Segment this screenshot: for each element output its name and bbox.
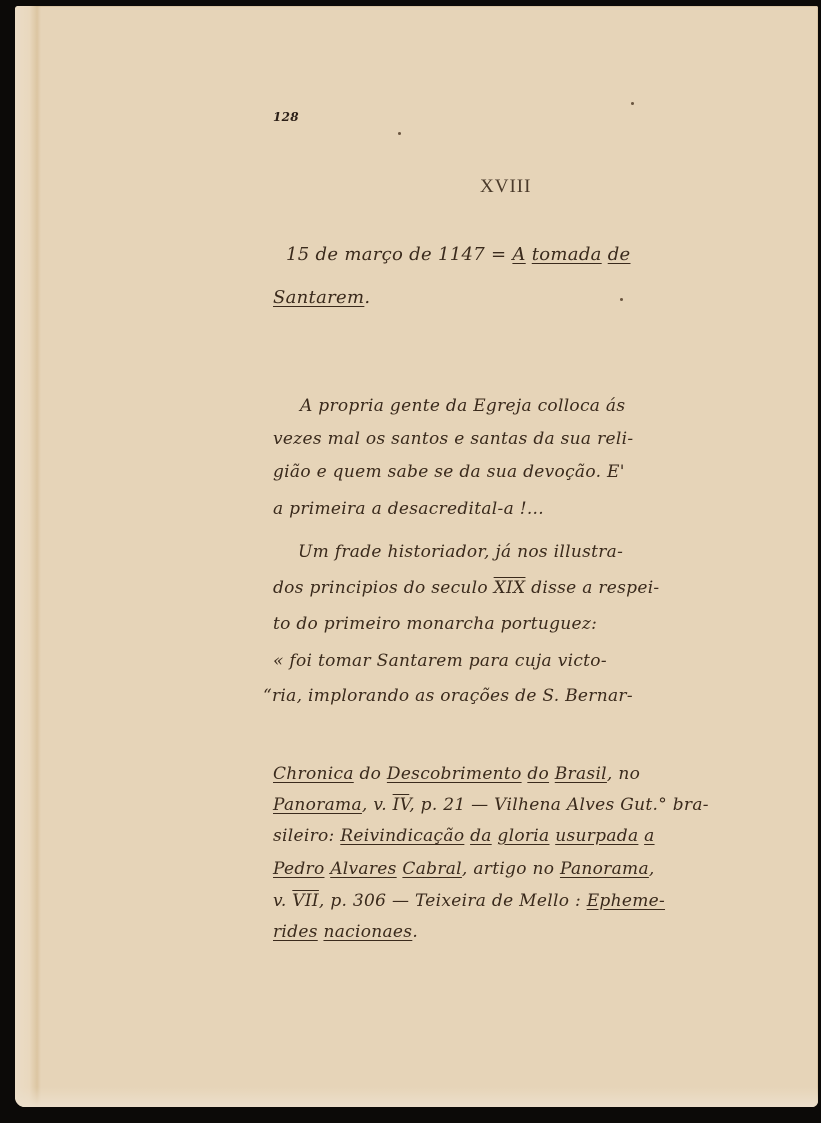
- punctuation: .: [364, 287, 370, 308]
- body-line: « foi tomar Santarem para cuja victo-: [273, 651, 607, 671]
- heading-word: de: [608, 244, 631, 265]
- text: , v.: [362, 795, 393, 815]
- title-word: Epheme-: [587, 891, 665, 911]
- title-word: gloria: [497, 826, 549, 846]
- footnote-line: sileiro: Reivindicação da gloria usurpad…: [273, 826, 655, 846]
- paper-speck: [620, 298, 623, 301]
- title-word: nacionaes: [323, 922, 412, 942]
- title-word: Descobrimento: [387, 764, 522, 784]
- paper-speck: [398, 132, 401, 135]
- punctuation: .: [412, 922, 418, 942]
- footnote-line: v. VII, p. 306 — Teixeira de Mello : Eph…: [273, 891, 665, 911]
- text: , p. 306 — Teixeira de Mello :: [319, 891, 587, 911]
- footnote-line: Pedro Alvares Cabral, artigo no Panorama…: [273, 859, 655, 879]
- heading-word: tomada: [532, 244, 602, 265]
- heading-line-2: Santarem.: [273, 287, 370, 308]
- title-word: Pedro: [273, 859, 324, 879]
- title-word: Panorama: [560, 859, 649, 879]
- text: v.: [273, 891, 292, 911]
- paper-speck: [631, 102, 634, 105]
- body-line: to do primeiro monarcha portuguez:: [273, 614, 597, 634]
- title-word: da: [470, 826, 492, 846]
- footnote-line: Chronica do Descobrimento do Brasil, no: [273, 764, 640, 784]
- text: do: [354, 764, 387, 784]
- heading-word: Santarem: [273, 287, 364, 308]
- text: disse a respei-: [525, 578, 659, 598]
- text: , p. 21 — Vilhena Alves Gut.° bra-: [409, 795, 709, 815]
- text: sileiro:: [273, 826, 340, 846]
- title-word: Cabral: [402, 859, 462, 879]
- text: ,: [649, 859, 655, 879]
- volume-roman: VII: [292, 891, 319, 911]
- title-word: Alvares: [330, 859, 396, 879]
- title-word: a: [644, 826, 654, 846]
- body-line: dos principios do seculo XIX disse a res…: [273, 578, 659, 598]
- body-line: Um frade historiador, já nos illustra-: [298, 542, 623, 562]
- body-line: gião e quem sabe se da sua devoção. E': [273, 462, 625, 482]
- body-line: “ria, implorando as orações de S. Bernar…: [263, 686, 633, 706]
- page-number: 128: [273, 110, 299, 124]
- body-line: vezes mal os santos e santas da sua reli…: [273, 429, 633, 449]
- footnote-line: rides nacionaes.: [273, 922, 418, 942]
- text: dos principios do seculo: [273, 578, 494, 598]
- heading-word: A: [512, 244, 525, 265]
- title-word: Panorama: [273, 795, 362, 815]
- title-word: do: [527, 764, 549, 784]
- title-word: Reivindicação: [340, 826, 464, 846]
- body-line: A propria gente da Egreja colloca ás: [300, 396, 625, 416]
- heading-line-1: 15 de março de 1147 = A tomada de: [286, 244, 631, 265]
- title-word: Brasil: [555, 764, 607, 784]
- chapter-number: XVIII: [480, 176, 531, 198]
- volume-roman: IV: [393, 795, 410, 815]
- text: , artigo no: [462, 859, 560, 879]
- title-word: usurpada: [555, 826, 638, 846]
- heading-date: 15 de março de 1147 =: [286, 244, 512, 265]
- body-line: a primeira a desacredital-a !...: [273, 499, 544, 519]
- title-word: rides: [273, 922, 318, 942]
- century-roman: XIX: [494, 578, 526, 598]
- manuscript-page: 128 XVIII 15 de março de 1147 = A tomada…: [15, 6, 818, 1107]
- title-word: Chronica: [273, 764, 354, 784]
- footnote-line: Panorama, v. IV, p. 21 — Vilhena Alves G…: [273, 795, 709, 815]
- text: , no: [607, 764, 640, 784]
